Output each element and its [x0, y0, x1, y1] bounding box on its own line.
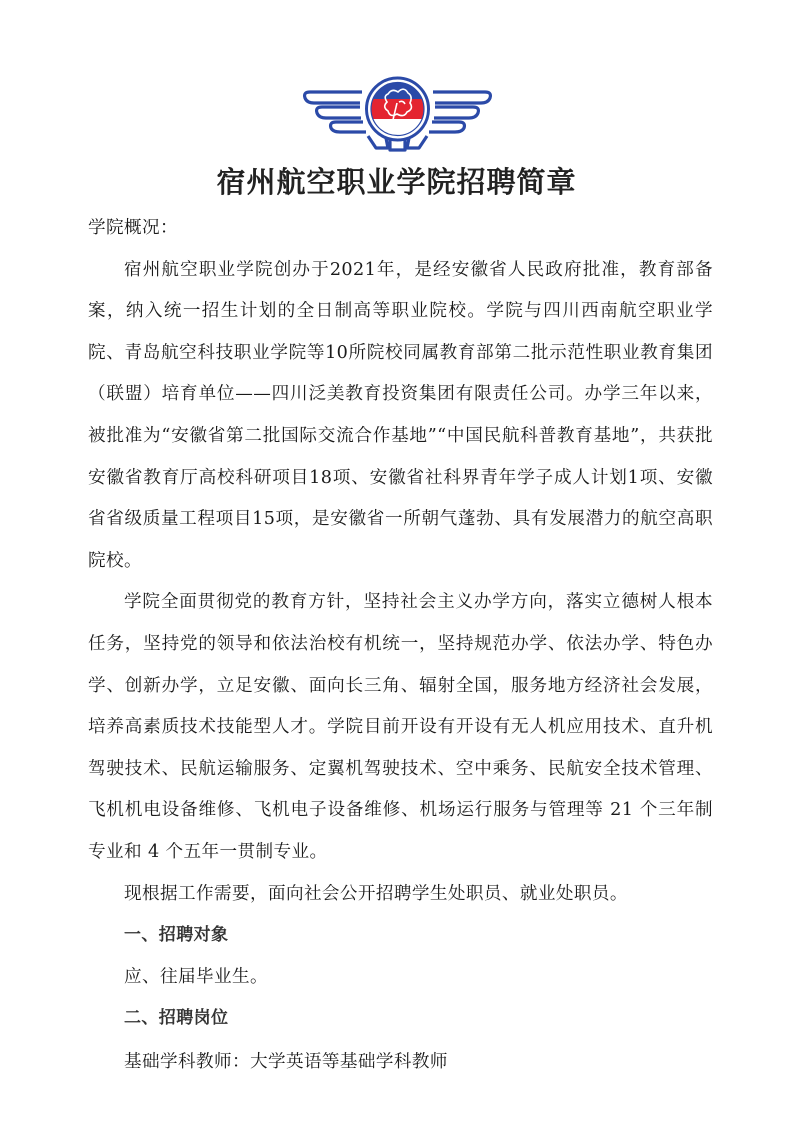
- section-content-target: 应、往届毕业生。: [88, 957, 713, 999]
- paragraph-mission: 学院全面贯彻党的教育方针，坚持社会主义办学方向，落实立德树人根本任务，坚持党的领…: [88, 582, 713, 873]
- college-emblem-logo: [300, 76, 495, 152]
- section-heading-target: 一、招聘对象: [88, 915, 713, 957]
- overview-label: 学院概况：: [88, 208, 713, 250]
- section-heading-positions: 二、招聘岗位: [88, 998, 713, 1040]
- paragraph-recruitment-purpose: 现根据工作需要，面向社会公开招聘学生处职员、就业处职员。: [88, 874, 713, 916]
- paragraph-intro: 宿州航空职业学院创办于2021年，是经安徽省人民政府批准，教育部备案，纳入统一招…: [88, 250, 713, 583]
- document-title: 宿州航空职业学院招聘简章: [0, 160, 793, 201]
- wings-emblem-icon: [300, 76, 495, 152]
- document-body: 学院概况： 宿州航空职业学院创办于2021年，是经安徽省人民政府批准，教育部备案…: [88, 208, 713, 1083]
- section-content-positions: 基础学科教师：大学英语等基础学科教师: [88, 1042, 713, 1084]
